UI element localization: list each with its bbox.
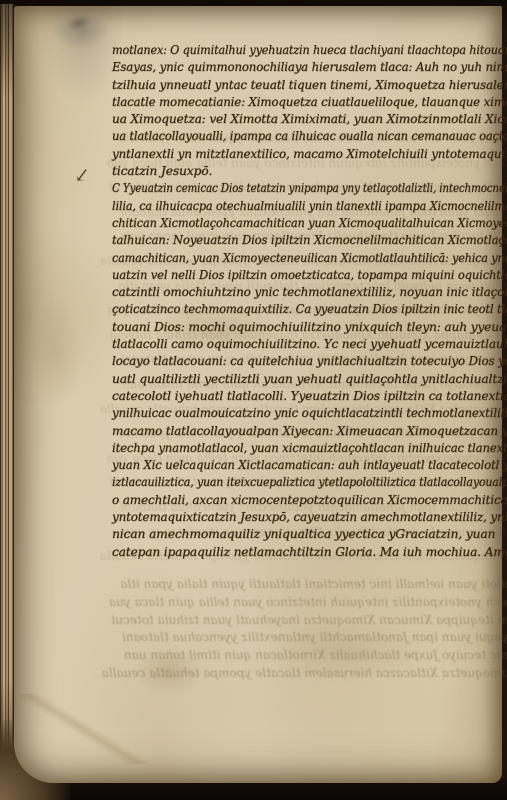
manuscript-line: yntotemaquixticatzin Jesuxpō, cayeuatzin…: [112, 509, 502, 526]
manuscript-line: ynilhuicac oualmouicatzino ynic oquichtl…: [112, 405, 497, 422]
manuscript-line: ua tlatlacollayoualli, ipampa ca ilhuica…: [112, 128, 486, 145]
manuscript-photo: { "colors": { "ink": "#3a2712", "parchme…: [0, 0, 507, 800]
manuscript-line: catecolotl iyehuatl tlatlacolli. Yyeuatz…: [112, 388, 507, 405]
manuscript-line: talhuican: Noyeuatzin Dios ipiltzin Xicm…: [112, 232, 492, 249]
ink-smudge: [52, 10, 110, 50]
ink-smudge: [64, 12, 93, 33]
manuscript-text-block: motlanex: O quimitalhui yyehuatzin hueca…: [112, 42, 507, 561]
manuscript-line: o amechtlali, axcan xicmocentepotztoquil…: [112, 492, 506, 509]
bleedthrough-line: inic tecuiyo Juxpe tlachihualiz Xirnotla…: [70, 647, 507, 665]
margin-arrow-icon: ↙: [72, 159, 109, 189]
bleedthrough-text-block: alloti yuan uelmalli inic temictiani tla…: [70, 576, 507, 683]
parchment-stain: [30, 296, 82, 406]
bleedthrough-line: alloti yuan uelmalli inic temictiani tla…: [70, 576, 507, 594]
manuscript-line: ua Ximoquetza: vel Ximotta Ximiximati, y…: [112, 111, 507, 128]
manuscript-line: tlatlacolli camo oquimochiuilitzino. Yc …: [112, 336, 505, 353]
fold-crease: [18, 694, 148, 764]
manuscript-line: motlanex: O quimitalhui yyehuatzin hueca…: [112, 42, 479, 59]
bleedthrough-line: iyequi yuan ipan Janotlamachtli yntlanex…: [70, 629, 507, 647]
manuscript-line: itechpa ynamotlatlacol, yuan xicmauiztla…: [112, 440, 494, 457]
manuscript-line: lilia, ca ilhuicacpa otechualmiualili yn…: [112, 198, 480, 215]
manuscript-line: catzintli omochiuhtzino ynic techmotlane…: [112, 284, 504, 301]
manuscript-line: macamo tlatlacollayoualpan Xiyecan: Xime…: [112, 423, 505, 440]
manuscript-line: camachitican, yuan Xicmoyecteneuilican X…: [112, 250, 478, 267]
manuscript-line: catepan ipapaquiliz netlamachtiltzin Glo…: [112, 544, 507, 561]
manuscript-line: çoticatzinco techmomaquixtiliz. Ca yyeua…: [112, 301, 488, 318]
manuscript-line: ticatzin Jesuxpō.: [112, 163, 507, 180]
book-page-edges: [0, 4, 15, 790]
manuscript-line: tlacatle momecatianie: Ximoquetza ciuatl…: [112, 94, 498, 111]
parchment-page: alloti yuan uelmalli inic temictiani tla…: [14, 6, 502, 783]
manuscript-line: Esayas, ynic quimmononochiliaya hierusal…: [112, 59, 497, 76]
manuscript-line: tzilhuia ynneuatl yntac teuatl tiquen ti…: [112, 77, 503, 94]
manuscript-line: uatl qualtiliztli yectiliztli yuan yehua…: [112, 371, 507, 388]
manuscript-line: touani Dios: mochi oquimochiuilitzino yn…: [112, 319, 507, 336]
manuscript-line: C Yyeuatzin cemicac Dios tetatzin ynipam…: [112, 180, 450, 197]
manuscript-line: uatzin vel nelli Dios ipiltzin omoetztic…: [112, 267, 490, 284]
bleedthrough-line: yn itequippa Ximucan Ximoquetza inayehua…: [70, 612, 507, 630]
manuscript-line: yuan Xic uelcaquican Xictlacamatican: au…: [112, 457, 493, 474]
manuscript-line: yntlanextli yn mitztlanextilico, macamo …: [112, 146, 501, 163]
manuscript-line: locayo tlatlacouani: ca quitelchiua ynit…: [112, 353, 501, 370]
manuscript-line: chitican Xicmotlaçohcamachitican yuan Xi…: [112, 215, 484, 232]
bleedthrough-line: tech ynoteixpantiliz intequiuh intetzinc…: [70, 594, 507, 612]
bleedthrough-line: ximoquetza Xitlacazca hierusalem tlacatl…: [70, 665, 507, 683]
manuscript-line: nican amechmomaquiliz yniqualtica yyecti…: [112, 526, 507, 543]
manuscript-line: iztlacauiliztica, yuan iteixcuepaliztica…: [112, 474, 471, 491]
